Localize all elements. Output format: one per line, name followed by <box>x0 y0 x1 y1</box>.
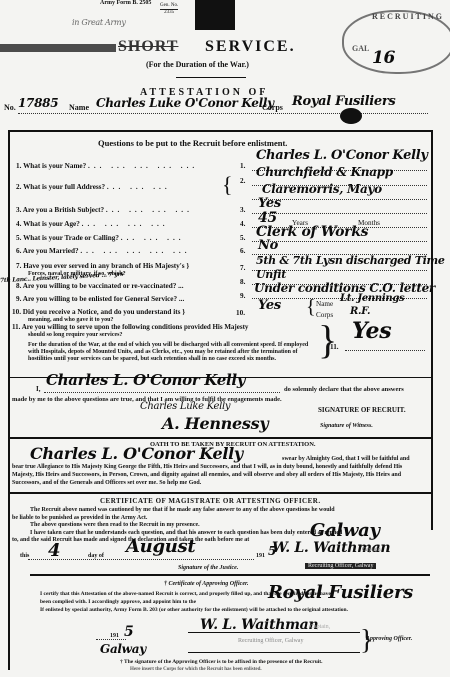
answer-num-4: 4. <box>240 220 245 228</box>
attestation-day: 4 <box>48 540 60 561</box>
witness-label: Signature of Witness. <box>320 423 373 429</box>
answer-line-2a <box>252 185 427 186</box>
box-right <box>431 130 433 530</box>
approving-officer-title: Captain, <box>310 624 330 630</box>
answer-num-9: 9. <box>240 292 245 300</box>
answer-6: No <box>258 238 278 253</box>
witness-signature: A. Hennessy <box>162 414 268 433</box>
question-6: 6. Are you Married? ... ... ... ... ... <box>16 247 191 255</box>
approval-date-line <box>96 639 126 640</box>
answer-11: Yes <box>352 318 391 344</box>
recruit-name: Charles Luke O'Conor Kelly <box>96 96 274 110</box>
stamp-number: 16 <box>372 48 395 68</box>
approval-heading: † Certificate of Approving Officer. <box>164 581 249 587</box>
approval-place-initials: Galway <box>100 642 146 656</box>
oath-bottom-rule <box>8 492 433 494</box>
stamp-sub: GAL <box>352 44 369 53</box>
answer-1: Charles L. O'Conor Kelly <box>256 148 428 163</box>
oath-text: swear by Almighty God, that I will be fa… <box>12 455 418 487</box>
date-line <box>28 559 254 560</box>
recruit-signature: Charles Luke Kelly <box>140 401 230 412</box>
oath-divider <box>8 437 433 439</box>
approval-footnote: † The signature of the Approving Officer… <box>120 659 323 665</box>
answer-line-5 <box>252 241 427 242</box>
declaration-prefix: I, <box>36 385 40 394</box>
answer-7: 5th & 7th Lysn discharged Time <box>256 254 445 267</box>
recruit-line-rule <box>18 113 428 114</box>
question-11-line-2: should so long require your services? <box>28 332 123 339</box>
question-11: 11. Are you willing to serve upon the fo… <box>12 323 248 331</box>
question-3: 3. Are you a British Subject? ... ... ..… <box>16 206 193 214</box>
answer-num-2: 2. <box>240 177 245 185</box>
corps-label: Corps <box>262 103 283 112</box>
answer-num-3: 3. <box>240 206 245 214</box>
notice-corps-value: R.F. <box>350 306 370 317</box>
approved-corps: Royal Fusiliers <box>268 582 413 603</box>
justice-title: Captain, <box>362 547 382 553</box>
address-brace: { <box>222 172 233 198</box>
gen-no-box: Gen. No. 2335 <box>160 3 178 16</box>
ink-blot <box>340 108 362 124</box>
name-label: Name <box>69 103 89 112</box>
page-subtitle: (For the Duration of the War.) <box>146 60 249 69</box>
stamp-text: RECRUITING <box>372 12 444 21</box>
box-top <box>8 130 433 132</box>
regimental-number: 17885 <box>18 96 58 110</box>
approval-signature-line-1 <box>188 632 360 633</box>
answer-num-11: 11. <box>330 343 339 351</box>
justice-label: Signature of the Justice. <box>178 565 238 571</box>
handwritten-note: in Great Army <box>72 18 126 27</box>
gen-no-label: Gen. No. <box>160 3 178 10</box>
certificate-line-1: The Recruit above named was cautioned by… <box>12 507 422 515</box>
answer-3: Yes <box>258 196 281 211</box>
approving-officer-signature: W. L. Waithman <box>200 617 318 633</box>
answer-line-3 <box>252 213 427 214</box>
answer-2-line-1: Churchfield & Knapp <box>256 165 393 179</box>
box-left <box>8 130 10 670</box>
certificate-bottom-rule <box>30 574 430 576</box>
declaration-text: do solemnly declare that the above answe… <box>284 385 404 394</box>
answer-num-5: 5. <box>240 234 245 242</box>
no-label: No. <box>4 103 16 112</box>
approval-line-3: If enlisted by special authority, Army F… <box>40 606 420 614</box>
attestation-month: August <box>126 536 195 557</box>
certificate-heading: CERTIFICATE OF MAGISTRATE OR ATTESTING O… <box>100 497 321 506</box>
title-left: SHORT <box>118 38 178 56</box>
title-strike-bar <box>0 44 116 52</box>
question-1: 1. What is your Name? ... ... ... ... ..… <box>16 162 198 170</box>
question-8: 8. Are you willing to be vaccinated or r… <box>16 282 184 290</box>
recruit-signature-label: SIGNATURE OF RECRUIT. <box>318 406 406 415</box>
answer-num-6: 6. <box>240 247 245 255</box>
gen-no-value: 2335 <box>160 10 178 16</box>
recruit-line: No. 17885 Name Charles Luke O'Conor Kell… <box>4 96 434 112</box>
approval-footnote-2: Here insert the Corps for which the Recr… <box>130 667 262 672</box>
approving-officer-label: Approving Officer. <box>366 636 412 642</box>
notice-name-label: Name <box>316 300 333 308</box>
year-prefix: 191 <box>256 552 265 561</box>
answer-num-7: 7. <box>240 264 245 272</box>
questions-heading: Questions to be put to the Recruit befor… <box>98 138 287 148</box>
question-2: 2. What is your full Address? ... ... ..… <box>16 183 171 191</box>
answer-line-11 <box>345 350 425 351</box>
notice-brace: { <box>306 296 316 319</box>
approval-signature-line-2 <box>188 652 360 653</box>
corps-value: Royal Fusiliers <box>292 94 395 109</box>
answer-num-10: 10. <box>236 309 245 317</box>
royal-crest-icon <box>195 0 235 30</box>
approval-date-suffix: 5 <box>124 624 133 640</box>
title-underline <box>176 77 246 78</box>
page-title: SERVICE. <box>205 38 296 56</box>
attestation-place: Galway <box>310 520 380 541</box>
question-5: 5. What is your Trade or Calling? ... ..… <box>16 234 185 242</box>
question-9: 9. Are you willing to be enlisted for Ge… <box>16 295 184 303</box>
justice-office: Recruiting Officer, Galway <box>305 563 376 569</box>
notice-name-value: Lt. Jennings <box>340 293 404 304</box>
question-10: 10. Did you receive a Notice, and do you… <box>12 308 185 316</box>
army-form-number: Army Form B. 2505 <box>100 0 151 7</box>
declaration-name-line <box>44 392 280 393</box>
answer-num-1: 1. <box>240 162 245 170</box>
answer-num-8: 8. <box>240 278 245 286</box>
conditions-text: For the duration of the War, at the end … <box>28 342 314 363</box>
answer-10: Yes <box>258 298 281 313</box>
declaration-signature: Charles L. O'Conor Kelly <box>46 371 245 389</box>
approving-officer-office: Recruiting Officer, Galway <box>238 638 303 644</box>
question-7: 7. Have you ever served in any branch of… <box>16 262 189 270</box>
q11-brace: } <box>318 320 337 360</box>
question-4: 4. What is your Age? ... ... ... ... <box>16 220 169 228</box>
answer-8: Unfit <box>256 268 286 281</box>
